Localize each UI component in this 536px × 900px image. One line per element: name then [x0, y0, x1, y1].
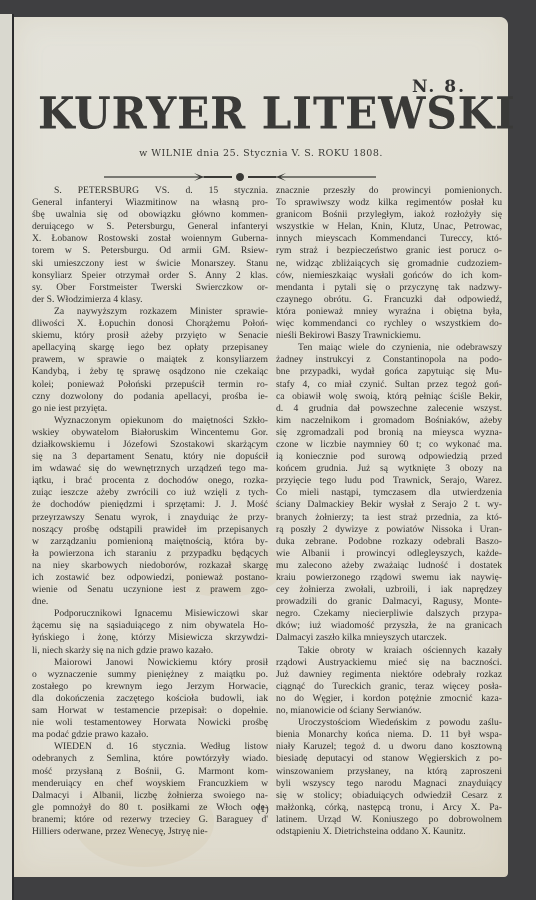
- article-paragraph: Za naywyższym rozkazem Minister sprawie-…: [32, 306, 268, 415]
- text-line: ściany Dalmackiey Bekir wysłał z Serajo …: [276, 499, 502, 511]
- text-line: rządowi Austryackiemu mieć się na baczno…: [276, 657, 502, 669]
- text-line: ca obiawił wolę swoią, którą pełniąc ści…: [276, 391, 502, 403]
- text-line: ców, niemieszkaiąc wysłali gońców do ich…: [276, 270, 502, 282]
- text-line: bienia Monarchy końca niema. D. 11 był w…: [276, 729, 502, 741]
- text-line: innych mieyscach Kommendanci Tureccy, kt…: [276, 233, 502, 245]
- text-line: sy. Ober Forstmeister Twerski Swierczkow…: [32, 282, 268, 294]
- text-line: w zarządzaniu pomienioną maiętnością, kt…: [32, 536, 268, 548]
- text-line: przeyrzawszy Senatu wyrok, i znayduiąc ż…: [32, 512, 268, 524]
- text-line: kraiu powierzonego rządowi swemu iak nay…: [276, 572, 502, 584]
- text-line: li, niech skarży się na nich gdzie prawo…: [32, 645, 268, 657]
- article-paragraph: Maiorowi Janowi Nowickiemu który prosiło…: [32, 657, 268, 742]
- text-line: prawem, w sprawie o maiątek z konsyliarz…: [32, 354, 268, 366]
- text-line: niały Karuzel; tegoż d. u dworu dano kos…: [276, 741, 502, 753]
- text-line: prowadzili do granic Dalmacyi, Ragusy, M…: [276, 596, 502, 608]
- text-line: dków; iuż wiadomość przyszła, że na gran…: [276, 620, 502, 632]
- text-line: Dalmacyi zaszło kilka mnieyszych utarcze…: [276, 632, 502, 644]
- article-paragraph: Podporucznikowi Ignacemu Misiewiczowi sk…: [32, 608, 268, 656]
- text-line: zuiąc ieszcze ażeby zwrócili co iuż wzię…: [32, 487, 268, 499]
- text-line: mu zalecono ażeby zważaiąc ludność i dos…: [276, 560, 502, 572]
- text-line: ich zostawić bez odpowiedzi, ponieważ po…: [32, 572, 268, 584]
- text-line: końcem grudnia. Już są wytknięte 3 obozy…: [276, 463, 502, 475]
- text-line: żadney instrukcyi z Constantinopola na p…: [276, 354, 502, 366]
- article-paragraph: Ten maiąc wiele do czynienia, nie odebra…: [276, 342, 502, 644]
- text-line: biesiadę deputacyi od stanow Węgierskich…: [276, 753, 502, 765]
- text-line: Wyznaczonym opiekunom do maiętności Szkł…: [32, 415, 268, 427]
- text-line: im wdawać się do wewnętrznych urządzeń t…: [32, 463, 268, 475]
- text-line: General infanteryi Wiazmitinow na własną…: [32, 197, 268, 209]
- text-line: przyięcie tego ludu pod Trawnick, Serajo…: [276, 475, 502, 487]
- text-line: sam Horwat w testamencie przepisał: o do…: [32, 705, 268, 717]
- folio-page-number: (1): [257, 804, 269, 815]
- text-line: nie woli testamentowey Horwata Nowicki p…: [32, 717, 268, 729]
- text-line: czone w liczbie naymniey 60 t; co wykona…: [276, 439, 502, 451]
- text-line: odebranych z Semlina, które powtórzyły w…: [32, 753, 268, 765]
- text-line: Za naywyższym rozkazem Minister sprawie-: [32, 306, 268, 318]
- text-line: Uroczystościom Wiedeńskim z powodu zaślu…: [276, 717, 502, 729]
- text-line: więc kommendanci co rychley o wszystkiem…: [276, 318, 502, 330]
- text-line: torem w S. Petersburgu. Od armii GM. Rsi…: [32, 245, 268, 257]
- text-line: Podporucznikowi Ignacemu Misiewiczowi sk…: [32, 608, 268, 620]
- text-line: go nie iest przyięta.: [32, 403, 268, 415]
- text-line: S. PETERSBURG VS. d. 15 stycznia.: [32, 185, 268, 197]
- article-paragraph: S. PETERSBURG VS. d. 15 stycznia.General…: [32, 185, 268, 306]
- text-line: noszący prośbę odstąpili prawideł im prz…: [32, 524, 268, 536]
- text-line: ma podać gdzie prawo kazało.: [32, 729, 268, 741]
- text-line: bne przypadki, wydał gońca zapytuiąc się…: [276, 366, 502, 378]
- text-line: iątku, i brać procenta z dochodów onego,…: [32, 475, 268, 487]
- text-line: się na 3 departament Senatu, który nie d…: [32, 451, 268, 463]
- text-line: winszowaniem przysłaney, na którą zapros…: [276, 766, 502, 778]
- text-line: branemi; które od rezerwy trzeciey G. Ba…: [32, 814, 268, 826]
- text-line: cey żołnierza zwołali, uzbroili, i iak n…: [276, 584, 502, 596]
- text-line: o wyznaczenie summy pieniężney z maiątku…: [32, 669, 268, 681]
- text-line: mość przysłaną z Bośnii, G. Marmont kom-: [32, 766, 268, 778]
- text-line: negro. Czekamy niecierpliwie dalszych pr…: [276, 608, 502, 620]
- text-line: Już dawniey regimenta niektóre odebrały …: [276, 669, 502, 681]
- text-line: czaynego obrótu. G. Francuzki dał odpowi…: [276, 294, 502, 306]
- text-line: która ponieważ mniey wyraźna i obiętna b…: [276, 306, 502, 318]
- text-line: działkowskiemu i Józefowi Szostakowi ska…: [32, 439, 268, 451]
- article-paragraph: Uroczystościom Wiedeńskim z powodu zaślu…: [276, 717, 502, 838]
- text-line: wszystkie w Helan, Knin, Klutz, Unac, Pe…: [276, 221, 502, 233]
- text-line: X. Łobanow Rostowski został woiennym Gub…: [32, 233, 268, 245]
- article-paragraph: WIEDEN d. 16 stycznia. Według listowodeb…: [32, 741, 268, 838]
- text-line: deruiącego w S. Petersburgu, General inf…: [32, 221, 268, 233]
- text-line: rym straż i bezpieczeństwo granic iest p…: [276, 245, 502, 257]
- text-line: kolei; ponieważ Połoński przepuścił term…: [32, 379, 268, 391]
- text-line: branych żołnierzy; ta iest straż przedni…: [276, 512, 502, 524]
- text-line: kim naczelnikom i gromadom Bośniaków, aż…: [276, 415, 502, 427]
- text-line: latinem. Urząd W. Koniuszego po dobrowol…: [276, 814, 502, 826]
- masthead-title: KURYER LITEWSKI: [38, 88, 442, 139]
- previous-page-edge: [0, 14, 12, 900]
- text-line: Dalmacyi i Albanii, liczbę żołnierza swo…: [32, 790, 268, 802]
- text-line: Ten maiąc wiele do czynienia, nie odebra…: [276, 342, 502, 354]
- text-line: wskiey obywatelom Białoruskim Wincentemu…: [32, 427, 268, 439]
- text-line: małżonką, córką, następcą tronu, i Arcy …: [276, 802, 502, 814]
- text-line: mendanta i pytali się o przyczynę tak na…: [276, 282, 502, 294]
- text-line: Maiorowi Janowi Nowickiemu który prosił: [32, 657, 268, 669]
- text-line: zostałego po krewnym iego Jerzym Horwaci…: [32, 681, 268, 693]
- text-line: ła powierzona ich staraniu z przypadku b…: [32, 548, 268, 560]
- text-line: no do Węgier, i kordon potężnie zmocnić …: [276, 693, 502, 705]
- text-line: żącemu się na sąsiaduiącego z nim obywat…: [32, 620, 268, 632]
- text-line: ski umieszczony iest w świcie Monarszey.…: [32, 258, 268, 270]
- text-line: się w stolicy; obiaduiących odwiedził Ce…: [276, 790, 502, 802]
- text-line: d. 4 grudnia dał powszechne zalecenie ws…: [276, 403, 502, 415]
- text-line: duka zebrane. Podobne rozkazy odebrali B…: [276, 536, 502, 548]
- text-line: odstąpieniu X. Dietrichsteina oddano X. …: [276, 826, 502, 838]
- text-line: Co mieli nastąpi, tymczasem dla utwierdz…: [276, 487, 502, 499]
- text-line: ne, widząc zbliżaiących się gromadnie cu…: [276, 258, 502, 270]
- text-line: że dochodów pieniędzmi i sprzętami: J. J…: [32, 499, 268, 511]
- text-line: dla dokończenia zaczętego kościoła budow…: [32, 693, 268, 705]
- dateline: w WILNIE dnia 25. Stycznia V. S. ROKU 18…: [14, 148, 508, 159]
- right-text-column: znacznie przeszły do prowincyi pomienion…: [276, 185, 502, 838]
- text-line: wie Albanii i prowincyi odlegleyszych, k…: [276, 548, 502, 560]
- text-line: łyńskiego i żonę, którzy Misiewicza skrz…: [32, 632, 268, 644]
- article-paragraph: znacznie przeszły do prowincyi pomienion…: [276, 185, 502, 342]
- text-line: Kandybą, i żeby tę sprawę osądzono nie c…: [32, 366, 268, 378]
- text-line: dne.: [32, 596, 268, 608]
- text-line: ią koniecznie pod surową odpowiedzią prz…: [276, 451, 502, 463]
- text-line: stafy 4, co miał czynić. Sultan przez te…: [276, 379, 502, 391]
- text-line: śbę uwalnia się od obowiązku główno komm…: [32, 209, 268, 221]
- text-line: ciągnąć do Tureckich granic, teraz więce…: [276, 681, 502, 693]
- text-line: dliwości X. Łopuchin donosi Chorążemu Po…: [32, 318, 268, 330]
- text-line: apellacyiną skargę iego bez opłaty przep…: [32, 342, 268, 354]
- article-paragraph: Wyznaczonym opiekunom do maiętności Szkł…: [32, 415, 268, 609]
- text-line: WIEDEN d. 16 stycznia. Według listow: [32, 741, 268, 753]
- text-line: der S. Włodzimierza 4 klasy.: [32, 294, 268, 306]
- text-line: czny dozwolony do podania apellacyi, pro…: [32, 391, 268, 403]
- text-line: wienie od Senatu uczynione iest z prawem…: [32, 584, 268, 596]
- article-paragraph: Takie obroty w kraiach ościennych kazały…: [276, 645, 502, 718]
- text-line: nieśli Bekirowi Baszy Trawnickiemu.: [276, 330, 502, 342]
- left-text-column: S. PETERSBURG VS. d. 15 stycznia.General…: [32, 185, 268, 838]
- text-line: menderuiący en chef woyskiem Francuzkiem…: [32, 778, 268, 790]
- text-line: skiemu, który prosił ażeby przyięto w Se…: [32, 330, 268, 342]
- text-line: Takie obroty w kraiach ościennych kazały: [276, 645, 502, 657]
- text-line: granicom Bośnii przyległym, iakoż rozłoż…: [276, 209, 502, 221]
- text-line: rą poszły 2 dywizye z powiatów Nissoka i…: [276, 524, 502, 536]
- text-line: byli wszyscy tego narodu Magnaci znaydui…: [276, 778, 502, 790]
- ornament-divider-icon: [104, 171, 376, 183]
- text-line: gle pomnożył do 80 t. posiłkami ze Włoch…: [32, 802, 268, 814]
- text-line: Hilliers oderwane, przez Wenecyę, Jstryę…: [32, 826, 268, 838]
- text-line: konsyliarz Speier otrzymał order S. Anny…: [32, 270, 268, 282]
- text-line: no, mianowicie od ściany Serwianów.: [276, 705, 502, 717]
- text-line: na niey skarbowych niedoborów, rozkazał …: [32, 560, 268, 572]
- text-line: znacznie przeszły do prowincyi pomienion…: [276, 185, 502, 197]
- newspaper-page: N. 8. KURYER LITEWSKI w WILNIE dnia 25. …: [14, 17, 508, 877]
- text-line: To sprawiwszy wodz kilka regimentów posł…: [276, 197, 502, 209]
- text-line: się zgromadzali pod bronią na mieysca wy…: [276, 427, 502, 439]
